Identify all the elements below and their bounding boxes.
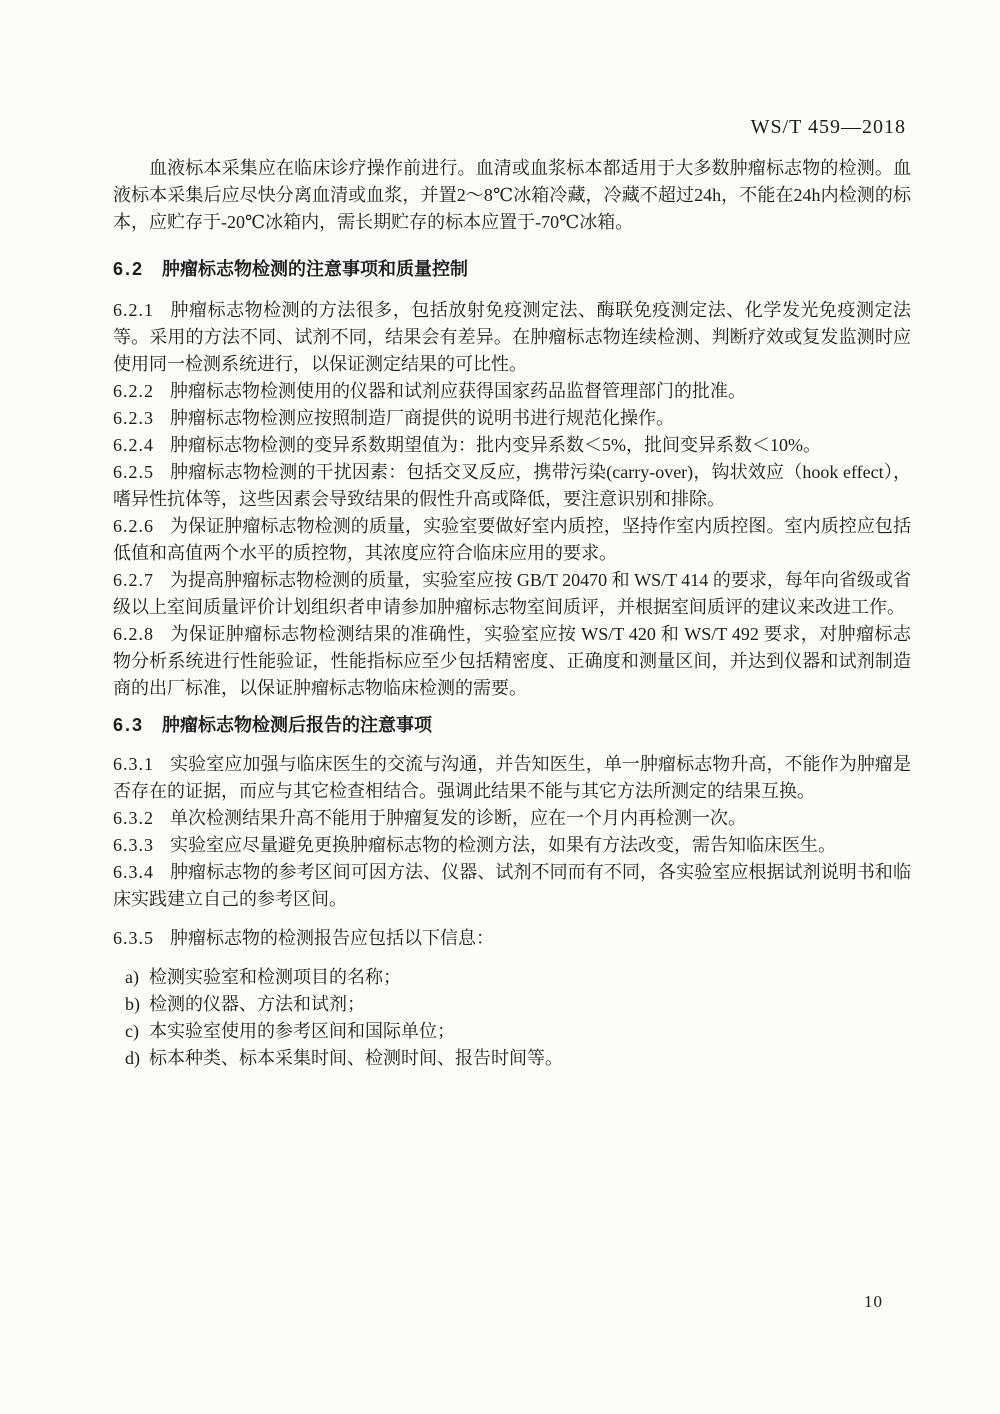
list-item-letter: a) <box>125 964 149 991</box>
clause-text: 肿瘤标志物的参考区间可因方法、仪器、试剂不同而有不同，各实验室应根据试剂说明书和… <box>113 862 911 909</box>
clause-6-3-1: 6.3.1实验室应加强与临床医生的交流与沟通，并告知医生，单一肿瘤标志物升高，不… <box>113 751 911 805</box>
clause-6-3-5: 6.3.5肿瘤标志物的检测报告应包括以下信息： <box>113 925 911 952</box>
list-item-text: 检测实验室和检测项目的名称； <box>149 967 401 987</box>
clause-6-2-7: 6.2.7为提高肿瘤标志物检测的质量，实验室应按 GB/T 20470 和 WS… <box>113 567 911 621</box>
clause-text: 肿瘤标志物检测的变异系数期望值为：批内变异系数＜5%，批间变异系数＜10%。 <box>170 435 821 455</box>
list-item-letter: c) <box>125 1018 149 1045</box>
clause-6-2-4: 6.2.4肿瘤标志物检测的变异系数期望值为：批内变异系数＜5%，批间变异系数＜1… <box>113 432 911 459</box>
clause-number: 6.2.6 <box>113 516 154 536</box>
clause-number: 6.3.4 <box>113 862 154 882</box>
clause-6-2-8: 6.2.8为保证肿瘤标志物检测结果的准确性，实验室应按 WS/T 420 和 W… <box>113 621 911 702</box>
clause-6-3-4: 6.3.4肿瘤标志物的参考区间可因方法、仪器、试剂不同而有不同，各实验室应根据试… <box>113 859 911 913</box>
clause-text: 实验室应加强与临床医生的交流与沟通，并告知医生，单一肿瘤标志物升高，不能作为肿瘤… <box>113 754 911 801</box>
clause-6-2-5: 6.2.5肿瘤标志物检测的干扰因素：包括交叉反应，携带污染(carry-over… <box>113 459 911 513</box>
section-title: 肿瘤标志物检测的注意事项和质量控制 <box>162 259 468 279</box>
section-number: 6.3 <box>113 715 144 735</box>
clause-text: 实验室应尽量避免更换肿瘤标志物的检测方法，如果有方法改变，需告知临床医生。 <box>170 835 836 855</box>
clause-number: 6.3.2 <box>113 808 154 828</box>
page-content: 血液标本采集应在临床诊疗操作前进行。血清或血浆标本都适用于大多数肿瘤标志物的检测… <box>113 155 911 1072</box>
section-heading-6-2: 6.2肿瘤标志物检测的注意事项和质量控制 <box>113 256 911 283</box>
clause-number: 6.2.2 <box>113 381 154 401</box>
clause-number: 6.3.3 <box>113 835 154 855</box>
list-item-text: 本实验室使用的参考区间和国际单位； <box>149 1021 455 1041</box>
list-item-text: 标本种类、标本采集时间、检测时间、报告时间等。 <box>149 1048 563 1068</box>
clause-number: 6.3.1 <box>113 754 154 774</box>
list-item-b: b)检测的仪器、方法和试剂； <box>113 991 911 1018</box>
list-item-d: d)标本种类、标本采集时间、检测时间、报告时间等。 <box>113 1045 911 1072</box>
clause-text: 为提高肿瘤标志物检测的质量，实验室应按 GB/T 20470 和 WS/T 41… <box>113 570 911 617</box>
clause-number: 6.2.7 <box>113 570 154 590</box>
clause-6-3-3: 6.3.3实验室应尽量避免更换肿瘤标志物的检测方法，如果有方法改变，需告知临床医… <box>113 832 911 859</box>
clause-text: 为保证肿瘤标志物检测的质量，实验室要做好室内质控，坚持作室内质控图。室内质控应包… <box>113 516 911 563</box>
clause-number: 6.2.1 <box>113 300 154 320</box>
clause-6-2-3: 6.2.3肿瘤标志物检测应按照制造厂商提供的说明书进行规范化操作。 <box>113 405 911 432</box>
clause-6-2-1: 6.2.1肿瘤标志物检测的方法很多，包括放射免疫测定法、酶联免疫测定法、化学发光… <box>113 297 911 378</box>
clause-number: 6.2.4 <box>113 435 154 455</box>
report-info-list: a)检测实验室和检测项目的名称； b)检测的仪器、方法和试剂； c)本实验室使用… <box>113 964 911 1072</box>
clause-number: 6.2.5 <box>113 462 154 482</box>
list-item-a: a)检测实验室和检测项目的名称； <box>113 964 911 991</box>
clause-text: 肿瘤标志物检测应按照制造厂商提供的说明书进行规范化操作。 <box>170 408 674 428</box>
clause-text: 肿瘤标志物检测的干扰因素：包括交叉反应，携带污染(carry-over)，钩状效… <box>113 462 911 509</box>
clause-number: 6.3.5 <box>113 928 154 948</box>
intro-paragraph: 血液标本采集应在临床诊疗操作前进行。血清或血浆标本都适用于大多数肿瘤标志物的检测… <box>113 155 911 236</box>
clause-6-2-2: 6.2.2肿瘤标志物检测使用的仪器和试剂应获得国家药品监督管理部门的批准。 <box>113 378 911 405</box>
list-item-c: c)本实验室使用的参考区间和国际单位； <box>113 1018 911 1045</box>
clause-6-3-2: 6.3.2单次检测结果升高不能用于肿瘤复发的诊断，应在一个月内再检测一次。 <box>113 805 911 832</box>
list-item-text: 检测的仪器、方法和试剂； <box>149 994 365 1014</box>
clause-text: 为保证肿瘤标志物检测结果的准确性，实验室应按 WS/T 420 和 WS/T 4… <box>113 624 911 698</box>
clause-number: 6.2.8 <box>113 624 154 644</box>
section-number: 6.2 <box>113 259 144 279</box>
clause-text: 肿瘤标志物的检测报告应包括以下信息： <box>170 928 494 948</box>
clause-text: 单次检测结果升高不能用于肿瘤复发的诊断，应在一个月内再检测一次。 <box>170 808 746 828</box>
clause-number: 6.2.3 <box>113 408 154 428</box>
list-item-letter: b) <box>125 991 149 1018</box>
standard-number-header: WS/T 459—2018 <box>751 116 906 139</box>
section-heading-6-3: 6.3肿瘤标志物检测后报告的注意事项 <box>113 712 911 739</box>
clause-text: 肿瘤标志物检测使用的仪器和试剂应获得国家药品监督管理部门的批准。 <box>170 381 746 401</box>
page-number: 10 <box>864 1292 883 1312</box>
section-title: 肿瘤标志物检测后报告的注意事项 <box>162 715 432 735</box>
document-page: WS/T 459—2018 血液标本采集应在临床诊疗操作前进行。血清或血浆标本都… <box>0 0 1000 1414</box>
clause-6-2-6: 6.2.6为保证肿瘤标志物检测的质量，实验室要做好室内质控，坚持作室内质控图。室… <box>113 513 911 567</box>
clause-text: 肿瘤标志物检测的方法很多，包括放射免疫测定法、酶联免疫测定法、化学发光免疫测定法… <box>113 300 911 374</box>
list-item-letter: d) <box>125 1045 149 1072</box>
